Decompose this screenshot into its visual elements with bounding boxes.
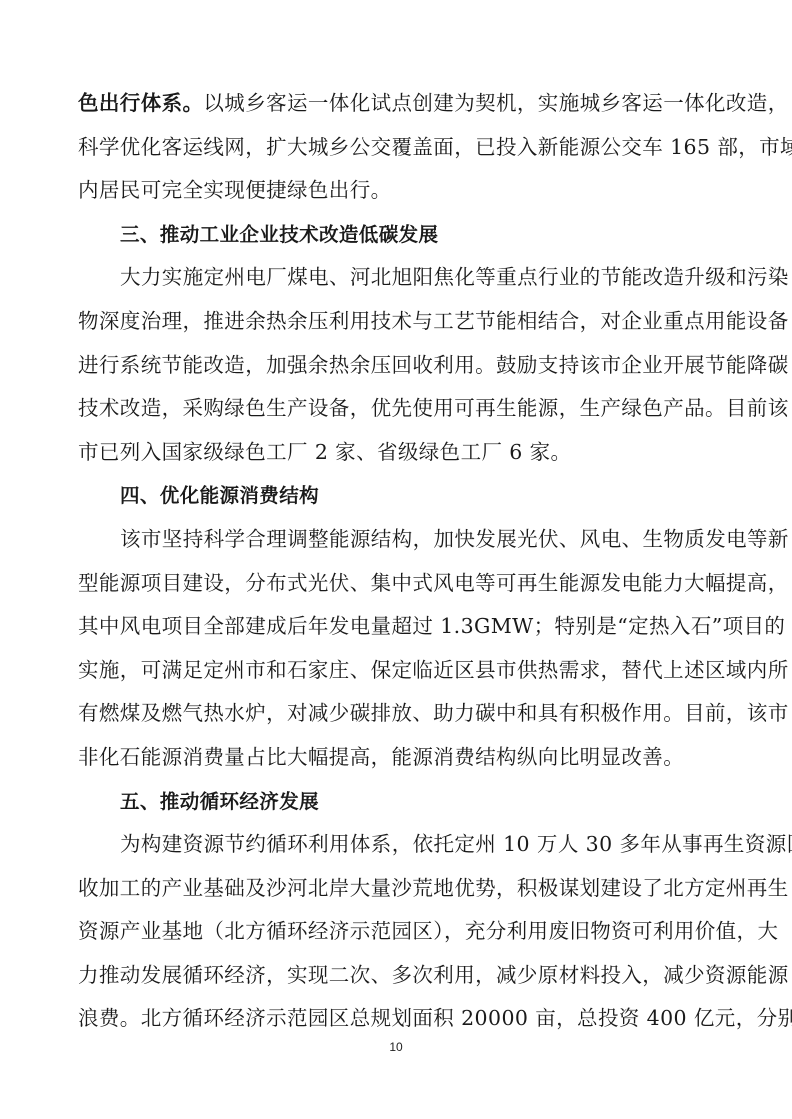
section-heading: 五、推动循环经济发展 [78, 780, 724, 824]
paragraph-line: 市已列入国家级绿色工厂 2 家、省级绿色工厂 6 家。 [78, 431, 724, 475]
paragraph-line: 力推动发展循环经济，实现二次、多次利用，减少原材料投入，减少资源能源 [78, 954, 724, 998]
paragraph-line: 其中风电项目全部建成后年发电量超过 1.3GMW；特别是“定热入石”项目的 [78, 605, 724, 649]
paragraph-line: 实施，可满足定州市和石家庄、保定临近区县市供热需求，替代上述区域内所 [78, 649, 724, 693]
text-span: 以城乡客运一体化试点创建为契机，实施城乡客运一体化改造， [203, 91, 788, 115]
paragraph-line: 资源产业基地（北方循环经济示范园区），充分利用废旧物资可利用价值，大 [78, 910, 724, 954]
bold-phrase: 色出行体系。 [78, 91, 203, 115]
page-number: 10 [0, 1040, 792, 1054]
paragraph-line: 有燃煤及燃气热水炉，对减少碳排放、助力碳中和具有积极作用。目前，该市 [78, 692, 724, 736]
paragraph-line: 浪费。北方循环经济示范园区总规划面积 20000 亩，总投资 400 亿元，分别… [78, 997, 724, 1041]
paragraph-line: 非化石能源消费量占比大幅提高，能源消费结构纵向比明显改善。 [78, 736, 724, 780]
section-heading: 四、优化能源消费结构 [78, 474, 724, 518]
paragraph-line: 收加工的产业基础及沙河北岸大量沙荒地优势，积极谋划建设了北方定州再生 [78, 867, 724, 911]
paragraph-line: 大力实施定州电厂煤电、河北旭阳焦化等重点行业的节能改造升级和污染 [78, 256, 724, 300]
paragraph-line: 技术改造，采购绿色生产设备，优先使用可再生能源，生产绿色产品。目前该 [78, 387, 724, 431]
paragraph-line: 科学优化客运线网，扩大城乡公交覆盖面，已投入新能源公交车 165 部，市域 [78, 126, 724, 170]
paragraph-line: 内居民可完全实现便捷绿色出行。 [78, 169, 724, 213]
paragraph-line: 型能源项目建设，分布式光伏、集中式风电等可再生能源发电能力大幅提高， [78, 562, 724, 606]
paragraph-line: 色出行体系。以城乡客运一体化试点创建为契机，实施城乡客运一体化改造， [78, 82, 724, 126]
section-heading: 三、推动工业企业技术改造低碳发展 [78, 213, 724, 257]
paragraph-line: 物深度治理，推进余热余压利用技术与工艺节能相结合，对企业重点用能设备 [78, 300, 724, 344]
paragraph-line: 该市坚持科学合理调整能源结构，加快发展光伏、风电、生物质发电等新 [78, 518, 724, 562]
document-page: 色出行体系。以城乡客运一体化试点创建为契机，实施城乡客运一体化改造， 科学优化客… [78, 82, 724, 1041]
paragraph-line: 为构建资源节约循环利用体系，依托定州 10 万人 30 多年从事再生资源回 [78, 823, 724, 867]
paragraph-line: 进行系统节能改造，加强余热余压回收利用。鼓励支持该市企业开展节能降碳 [78, 344, 724, 388]
